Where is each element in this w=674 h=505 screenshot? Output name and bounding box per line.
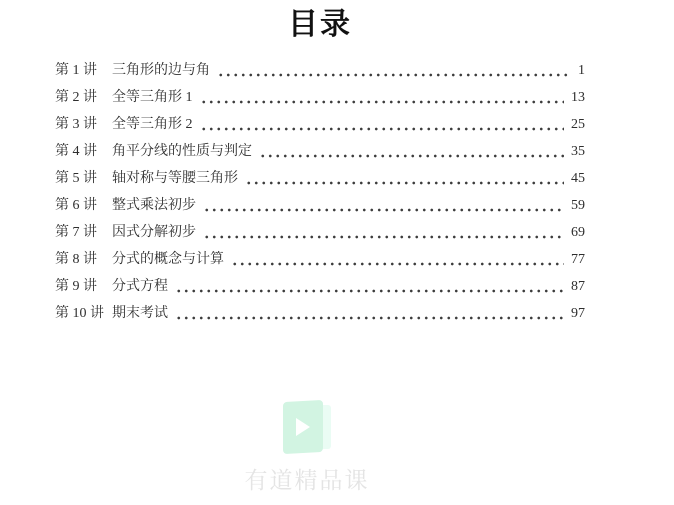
toc-chapter-label: 第 2 讲 [55, 84, 112, 111]
toc-page-number: 35 [571, 138, 585, 165]
dot-leader [175, 289, 564, 293]
toc-chapter-label: 第 1 讲 [55, 57, 112, 84]
toc-item-title: 因式分解初步 [112, 219, 196, 246]
dot-leader [203, 208, 564, 212]
toc-page-number: 59 [571, 192, 585, 219]
toc-row[interactable]: 第 7 讲 因式分解初步 69 [55, 219, 585, 246]
dot-leader [200, 100, 565, 104]
toc-item-title: 全等三角形 1 [112, 84, 193, 111]
brand-name: 有道精品课 [245, 467, 370, 493]
toc-row[interactable]: 第 8 讲 分式的概念与计算 77 [55, 246, 585, 273]
toc-item-title: 分式方程 [112, 273, 168, 300]
dot-leader [231, 262, 564, 266]
dot-leader [203, 235, 564, 239]
dot-leader [200, 127, 565, 131]
toc-page-number: 1 [578, 57, 585, 84]
toc-page-number: 97 [571, 300, 585, 327]
play-book-icon [281, 400, 333, 454]
toc-page-number: 87 [571, 273, 585, 300]
toc-item-title: 角平分线的性质与判定 [112, 138, 252, 165]
toc-item-title: 期末考试 [112, 300, 168, 327]
toc-list: 第 1 讲 三角形的边与角 1 第 2 讲 全等三角形 1 13 第 3 讲 全… [55, 57, 585, 327]
toc-row[interactable]: 第 1 讲 三角形的边与角 1 [55, 57, 585, 84]
toc-page: 目录 第 1 讲 三角形的边与角 1 第 2 讲 全等三角形 1 13 第 3 … [0, 0, 674, 505]
toc-page-number: 13 [571, 84, 585, 111]
toc-row[interactable]: 第 5 讲 轴对称与等腰三角形 45 [55, 165, 585, 192]
dot-leader [217, 73, 571, 77]
toc-item-title: 分式的概念与计算 [112, 246, 224, 273]
toc-page-number: 45 [571, 165, 585, 192]
toc-row[interactable]: 第 4 讲 角平分线的性质与判定 35 [55, 138, 585, 165]
toc-chapter-label: 第 5 讲 [55, 165, 112, 192]
brand-watermark: 有道精品课 [246, 400, 368, 493]
page-title: 目录 [55, 6, 585, 44]
toc-chapter-label: 第 4 讲 [55, 138, 112, 165]
toc-content: 目录 第 1 讲 三角形的边与角 1 第 2 讲 全等三角形 1 13 第 3 … [55, 6, 585, 327]
toc-chapter-label: 第 3 讲 [55, 111, 112, 138]
toc-item-title: 整式乘法初步 [112, 192, 196, 219]
toc-row[interactable]: 第 3 讲 全等三角形 2 25 [55, 111, 585, 138]
toc-chapter-label: 第 10 讲 [55, 300, 112, 327]
toc-chapter-label: 第 8 讲 [55, 246, 112, 273]
toc-row[interactable]: 第 2 讲 全等三角形 1 13 [55, 84, 585, 111]
toc-item-title: 全等三角形 2 [112, 111, 193, 138]
toc-row[interactable]: 第 6 讲 整式乘法初步 59 [55, 192, 585, 219]
toc-item-title: 轴对称与等腰三角形 [112, 165, 238, 192]
play-triangle-icon [296, 418, 310, 436]
toc-chapter-label: 第 7 讲 [55, 219, 112, 246]
toc-page-number: 69 [571, 219, 585, 246]
toc-page-number: 25 [571, 111, 585, 138]
toc-chapter-label: 第 6 讲 [55, 192, 112, 219]
dot-leader [175, 316, 564, 320]
toc-row[interactable]: 第 10 讲 期末考试 97 [55, 300, 585, 327]
toc-page-number: 77 [571, 246, 585, 273]
toc-row[interactable]: 第 9 讲 分式方程 87 [55, 273, 585, 300]
dot-leader [245, 181, 564, 185]
dot-leader [259, 154, 564, 158]
toc-item-title: 三角形的边与角 [112, 57, 210, 84]
toc-chapter-label: 第 9 讲 [55, 273, 112, 300]
